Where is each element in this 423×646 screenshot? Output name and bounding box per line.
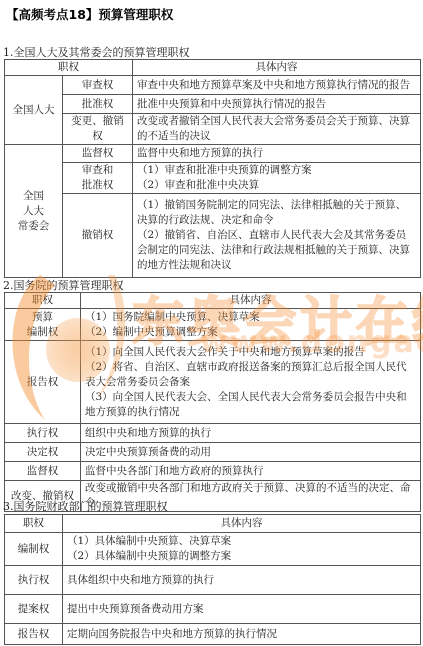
content-cell: 批准中央预算和中央预算执行情况的报告 [133,95,421,114]
content-cell: 组织中央和地方预算的执行 [81,424,421,443]
power-cell: 执行权 [5,566,63,595]
power-cell: 审查和 批准权 [63,163,133,194]
header-content: 具体内容 [133,60,421,76]
content-cell: （1）撤销国务院制定的同宪法、法律相抵触的关于预算、决算的行政法规、决定和命令 … [133,194,421,278]
section-2-heading: 2.国务院的预算管理职权 [3,277,124,293]
power-cell: 提案权 [5,595,63,624]
header-content: 具体内容 [63,515,421,533]
table-row: 报告权 （1）向全国人民代表大会作关于中央和地方预算草案的报告 （2）将省、自治… [5,341,421,424]
content-cell: 监督中央和地方预算的执行 [133,145,421,163]
header-power: 职权 [5,515,63,533]
power-cell: 报告权 [5,624,63,645]
power-cell: 监督权 [63,145,133,163]
table-row: 预算 编制权 （1）国务院编制中央预算、决算草案 （2）编制中央预算调整方案 [5,309,421,341]
content-cell: 具体组织中央和地方预算的执行 [63,566,421,595]
table-row: 批准权 批准中央预算和中央预算执行情况的报告 [5,95,421,114]
section-1-heading: 1.全国人大及其常委会的预算管理职权 [3,44,190,60]
power-cell: 批准权 [63,95,133,114]
power-cell: 执行权 [5,424,81,443]
table-row: 全国 人大 常委会 监督权 监督中央和地方预算的执行 [5,145,421,163]
page-title: 【高频考点18】预算管理职权 [6,5,173,23]
header-power: 职权 [5,60,133,76]
table-row: 报告权 定期向国务院报告中央和地方预算的执行情况 [5,624,421,645]
content-cell: 监督中央各部门和地方政府的预算执行 [81,462,421,481]
power-cell: 报告权 [5,341,81,424]
power-cell: 决定权 [5,443,81,462]
power-cell: 撤销权 [63,194,133,278]
power-cell: 编制权 [5,533,63,566]
table-row: 撤销权 （1）撤销国务院制定的同宪法、法律相抵触的关于预算、决算的行政法规、决定… [5,194,421,278]
power-cell: 变更、撤销权 [63,114,133,145]
table-row: 执行权 具体组织中央和地方预算的执行 [5,566,421,595]
content-cell: 提出中央预算预备费动用方案 [63,595,421,624]
content-cell: （1）国务院编制中央预算、决算草案 （2）编制中央预算调整方案 [81,309,421,341]
power-cell: 审查权 [63,76,133,95]
body-npc: 全国人大 [5,76,63,145]
section-3-table: 职权 具体内容 编制权 （1）具体编制中央预算、决算草案 （2）具体编制中央预算… [4,514,421,645]
table-row: 监督权 监督中央各部门和地方政府的预算执行 [5,462,421,481]
table-header-row: 职权 具体内容 [5,515,421,533]
power-cell: 监督权 [5,462,81,481]
body-npc-standing-committee: 全国 人大 常委会 [5,145,63,278]
content-cell: （1）具体编制中央预算、决算草案 （2）具体编制中央预算的调整方案 [63,533,421,566]
content-cell: 审查中央和地方预算草案及中央和地方预算执行情况的报告 [133,76,421,95]
table-row: 编制权 （1）具体编制中央预算、决算草案 （2）具体编制中央预算的调整方案 [5,533,421,566]
power-cell: 预算 编制权 [5,309,81,341]
header-content: 具体内容 [81,293,421,309]
table-header-row: 职权 具体内容 [5,60,421,76]
table-row: 决定权 决定中央预算预备费的动用 [5,443,421,462]
section-2-table: 职权 具体内容 预算 编制权 （1）国务院编制中央预算、决算草案 （2）编制中央… [4,292,421,512]
table-row: 全国人大 审查权 审查中央和地方预算草案及中央和地方预算执行情况的报告 [5,76,421,95]
section-3-heading: 3.国务院财政部门的预算管理职权 [3,498,168,514]
table-row: 提案权 提出中央预算预备费动用方案 [5,595,421,624]
table-row: 审查和 批准权 （1）审查和批准中央预算的调整方案 （2）审查和批准中央决算 [5,163,421,194]
content-cell: 定期向国务院报告中央和地方预算的执行情况 [63,624,421,645]
document-page: 【高频考点18】预算管理职权 1.全国人大及其常委会的预算管理职权 职权 具体内… [0,0,423,646]
content-cell: （1）向全国人民代表大会作关于中央和地方预算草案的报告 （2）将省、自治区、直辖… [81,341,421,424]
content-cell: 改变或者撤销全国人民代表大会常务委员会关于预算、决算的不适当的决议 [133,114,421,145]
table-row: 执行权 组织中央和地方预算的执行 [5,424,421,443]
table-header-row: 职权 具体内容 [5,293,421,309]
section-1-table: 职权 具体内容 全国人大 审查权 审查中央和地方预算草案及中央和地方预算执行情况… [4,59,421,278]
content-cell: 决定中央预算预备费的动用 [81,443,421,462]
content-cell: （1）审查和批准中央预算的调整方案 （2）审查和批准中央决算 [133,163,421,194]
table-row: 变更、撤销权 改变或者撤销全国人民代表大会常务委员会关于预算、决算的不适当的决议 [5,114,421,145]
header-power: 职权 [5,293,81,309]
